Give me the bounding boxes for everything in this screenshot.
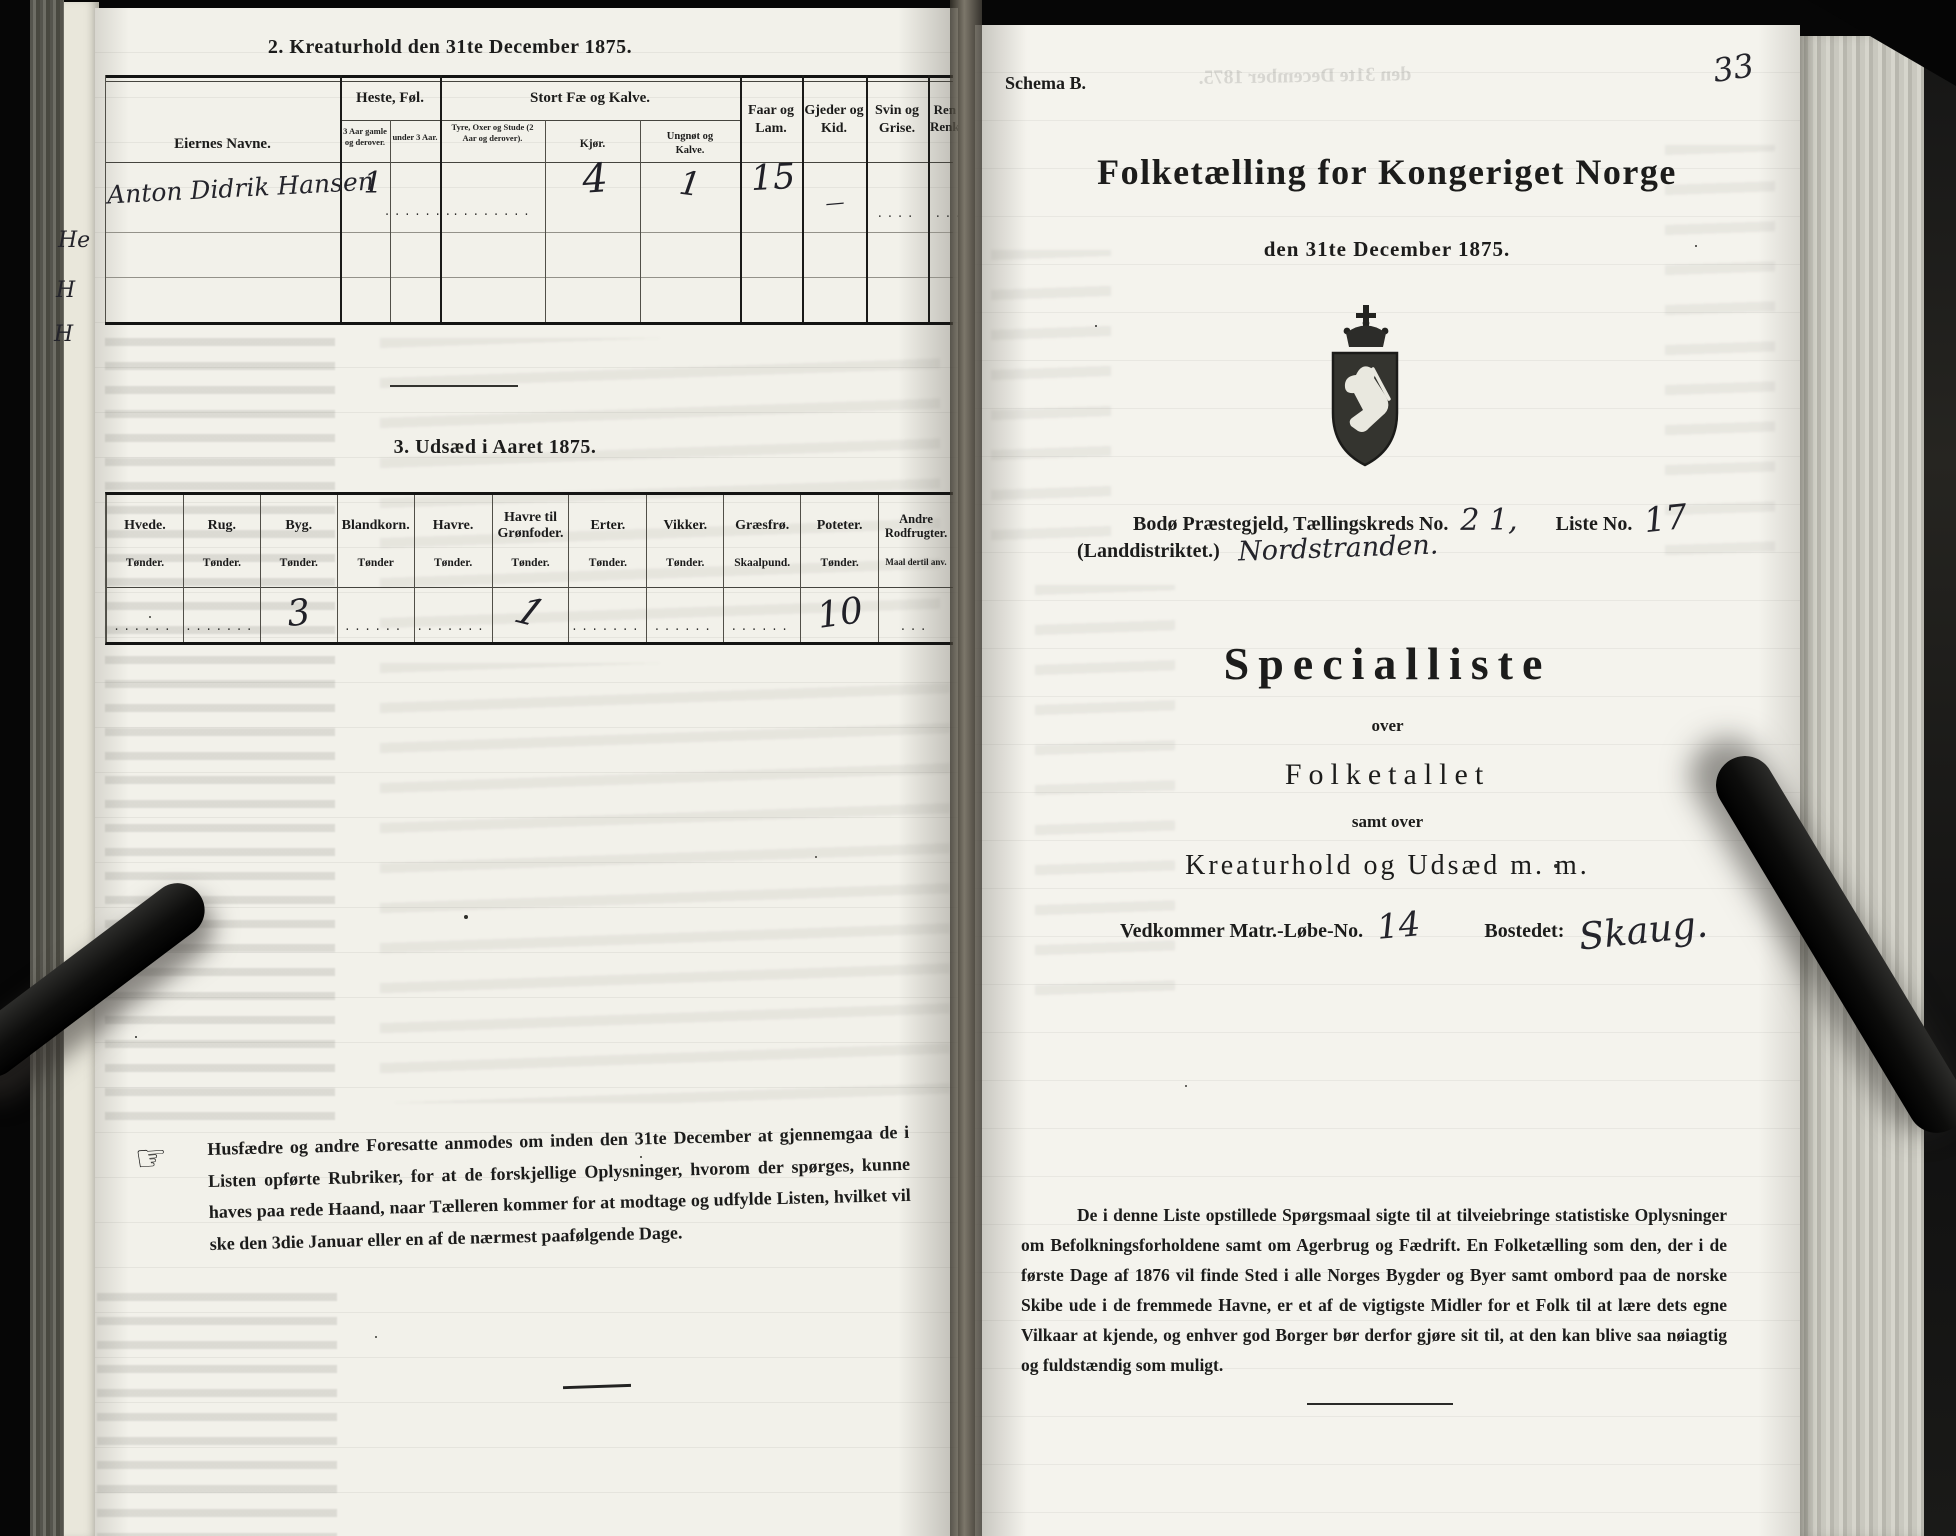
crops-column: Havre til Grønfoder. Tønder. 1 <box>492 495 569 642</box>
farm-name-handwritten: Skaug. <box>1577 902 1710 958</box>
crops-column: Blandkorn. Tønder ...... <box>337 495 414 642</box>
bleed-through-text: den 31te December 1875. <box>1125 62 1485 91</box>
left-page: 2. Kreaturhold den 31te December 1875. E… <box>95 8 958 1536</box>
crop-unit: Tønder <box>357 557 393 581</box>
margin-handwriting-fragment: H <box>56 278 75 303</box>
vedkommer-printed-label: Vedkommer Matr.-Løbe-No. <box>1120 920 1363 943</box>
crops-column: Rug. Tønder. ....... <box>183 495 260 642</box>
closing-rule <box>563 1384 631 1389</box>
crop-value-handwritten: 10 <box>813 578 867 645</box>
crop-name: Havre. <box>431 495 476 557</box>
column-header-cows: Kjør. <box>547 138 638 150</box>
table-rule <box>105 277 953 278</box>
crop-name: Poteter. <box>815 495 865 557</box>
livestock-table-title: 2. Kreaturhold den 31te December 1875. <box>150 36 750 59</box>
crop-unit: Tønder. <box>203 557 241 581</box>
column-group-cattle: Stort Fæ og Kalve. <box>440 90 740 107</box>
crop-unit: Skaalpund. <box>734 557 790 581</box>
column-group-horses: Heste, Føl. <box>340 90 440 107</box>
table-rule <box>105 322 953 325</box>
district-name-handwritten: Nordstranden. <box>1237 530 1438 568</box>
crop-value: ....... <box>572 581 643 642</box>
crops-column: Vikker. Tønder. ...... <box>646 495 723 642</box>
cell-horses-over3: 1 <box>353 166 393 201</box>
crop-value: ...... <box>655 581 716 642</box>
column-header-sheep: Faar og Lam. <box>742 102 800 137</box>
crops-column: Poteter. Tønder. 10 <box>800 495 878 642</box>
crops-column: Erter. Tønder. ....... <box>568 495 646 642</box>
column-header-horses-over3: 3 Aar gamle og derover. <box>342 126 388 148</box>
crop-unit: Tønder. <box>666 557 704 581</box>
crop-name: Blandkorn. <box>340 495 412 557</box>
crops-column: Byg. Tønder. 3 <box>260 495 337 642</box>
crops-column: Hvede. Tønder. ...... <box>106 495 183 642</box>
crops-column: Havre. Tønder. ....... <box>414 495 492 642</box>
page-number-handwritten: 33 <box>1710 46 1756 90</box>
cell-bulls-oxen: ........ <box>445 204 543 219</box>
table-rule <box>105 75 106 322</box>
crop-value-handwritten: 1 <box>508 589 553 635</box>
crop-unit: Tønder. <box>434 557 472 581</box>
footnote-paragraph: Husfædre og andre Foresatte anmodes om i… <box>207 1117 912 1260</box>
bleed-through-texture <box>105 656 335 1134</box>
table-rule <box>340 75 342 322</box>
vedkommer-line: Vedkommer Matr.-Løbe-No. 14 Bostedet: Sk… <box>1120 903 1707 946</box>
margin-handwriting-fragment: He <box>58 228 90 253</box>
crop-unit: Tønder. <box>820 557 858 581</box>
closing-rule <box>1307 1403 1453 1405</box>
schema-label: Schema B. <box>1005 73 1086 94</box>
crop-value: ... <box>901 581 931 642</box>
cell-goats: — <box>806 190 864 217</box>
crop-value-handwritten: 3 <box>284 580 313 643</box>
norway-coat-of-arms-icon <box>1313 303 1417 475</box>
column-header-pigs: Svin og Grise. <box>868 102 926 137</box>
specialliste-over: over <box>975 716 1800 736</box>
crop-unit: Maal dertil anv. <box>885 557 946 581</box>
crop-name: Rug. <box>206 495 238 557</box>
bleed-through-texture <box>97 1293 337 1536</box>
margin-handwriting-fragment: H <box>54 322 73 347</box>
table-rule <box>545 120 546 322</box>
bleed-through-texture <box>380 663 950 1103</box>
census-date-line: den 31te December 1875. <box>1137 237 1637 262</box>
table-rule <box>105 162 953 163</box>
table-rule <box>105 81 953 82</box>
owner-name-handwritten: Anton Didrik Hansen <box>106 167 357 209</box>
crop-name: Erter. <box>588 495 627 557</box>
page-gutter-fold <box>950 0 982 1536</box>
cell-sheep: 15 <box>742 156 804 199</box>
column-header-bulls-oxen: Tyre, Oxer og Stude (2 Aar og derover). <box>444 122 541 144</box>
dust-speck <box>1095 325 1097 327</box>
crops-table-title: 3. Udsæd i Aaret 1875. <box>195 436 795 459</box>
crop-value: ...... <box>115 581 176 642</box>
page-edge-strip-right <box>1800 36 1932 1536</box>
table-rule <box>640 120 641 322</box>
matrikkel-number-handwritten: 14 <box>1375 904 1422 948</box>
crop-name: Hvede. <box>122 495 168 557</box>
crops-column: Andre Rodfrugter. Maal dertil anv. ... <box>878 495 953 642</box>
liste-number-handwritten: 17 <box>1642 497 1689 541</box>
table-rule <box>440 75 442 322</box>
census-title: Folketælling for Kongeriget Norge <box>1037 151 1737 193</box>
right-page: den 31te December 1875. Schema B. 33 Fol… <box>975 25 1800 1536</box>
explanatory-paragraph: De i denne Liste opstillede Spørgsmaal s… <box>1021 1200 1727 1380</box>
cell-cows: 4 <box>553 153 636 204</box>
book-spine <box>1924 0 1956 1536</box>
crop-value: ...... <box>732 581 793 642</box>
column-header-goats: Gjeder og Kid. <box>804 102 864 137</box>
crop-unit: Tønder. <box>126 557 164 581</box>
crop-value: ....... <box>186 581 257 642</box>
dust-speck <box>135 1036 137 1038</box>
landdistrikt-line: (Landdistriktet.) Nordstranden. <box>1077 533 1438 564</box>
crop-name: Andre Rodfrugter. <box>879 495 953 557</box>
liste-printed-label: Liste No. <box>1556 513 1633 536</box>
section-divider-rule <box>390 385 518 387</box>
crop-unit: Tønder. <box>511 557 549 581</box>
cell-young-cattle: 1 <box>648 159 733 209</box>
specialliste-title: Specialliste <box>975 637 1800 690</box>
crop-name: Havre til Grønfoder. <box>493 495 569 557</box>
table-rule <box>340 120 740 121</box>
specialliste-samt-over: samt over <box>975 812 1800 832</box>
column-header-young-cattle: Ungnøt og Kalve. <box>658 130 722 157</box>
specialliste-subject2: Kreaturhold og Udsæd m. m. <box>975 850 1800 882</box>
table-rule <box>390 120 391 322</box>
scanned-census-spread: He H H 2. Kreaturhold den 31te December … <box>0 0 1956 1536</box>
crops-column: Græsfrø. Skaalpund. ...... <box>723 495 800 642</box>
crop-name: Vikker. <box>661 495 709 557</box>
table-rule <box>105 75 953 78</box>
column-header-owner: Eiernes Navne. <box>125 136 320 153</box>
bosted-printed-label: Bostedet: <box>1484 920 1564 943</box>
census-tract-number-handwritten: 2 1, <box>1460 503 1517 538</box>
specialliste-block: Specialliste over Folketallet samt over … <box>975 637 1800 882</box>
crop-unit: Tønder. <box>589 557 627 581</box>
table-rule <box>105 232 953 233</box>
crops-table: Hvede. Tønder. ...... Rug. Tønder. .....… <box>105 492 953 645</box>
cell-pigs: .... <box>870 206 926 221</box>
crop-value: ....... <box>418 581 489 642</box>
bleed-through-texture <box>991 250 1111 560</box>
column-header-horses-under3: under 3 Aar. <box>392 132 438 143</box>
crop-name: Græsfrø. <box>733 495 791 557</box>
cell-horses-under3: ....... <box>385 204 443 219</box>
crop-unit: Tønder. <box>280 557 318 581</box>
crop-name: Byg. <box>283 495 314 557</box>
crop-value: ...... <box>345 581 406 642</box>
specialliste-subject: Folketallet <box>975 758 1800 792</box>
pointing-hand-icon: ☞ <box>134 1137 169 1180</box>
landdistrikt-printed-label: (Landdistriktet.) <box>1077 540 1220 563</box>
